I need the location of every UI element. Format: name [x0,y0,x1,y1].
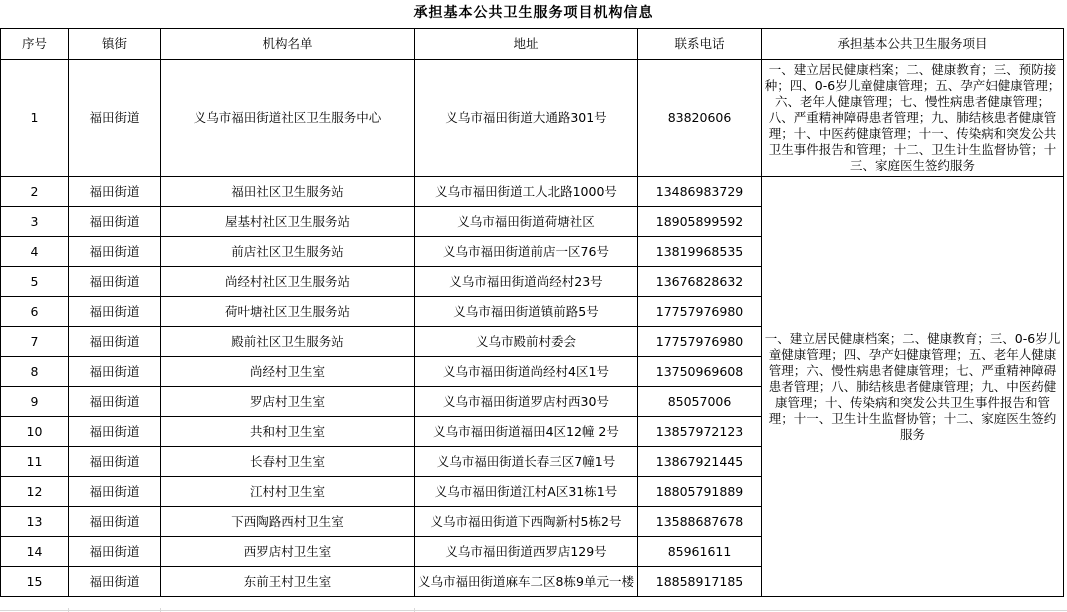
spreadsheet-gridline-stub [68,608,69,612]
cell-no: 7 [1,327,69,357]
cell-address: 义乌市福田街道下西陶新村5栋2号 [415,507,638,537]
cell-no: 12 [1,477,69,507]
cell-phone: 13857972123 [638,417,762,447]
cell-phone: 13588687678 [638,507,762,537]
cell-address: 义乌市福田街道镇前路5号 [415,297,638,327]
cell-institution: 罗店村卫生室 [161,387,415,417]
cell-town: 福田街道 [69,207,161,237]
table-header-row: 序号镇街机构名单地址联系电话承担基本公共卫生服务项目 [1,29,1064,60]
cell-address: 义乌市福田街道麻车二区8栋9单元一楼 [415,567,638,597]
cell-address: 义乌市福田街道江村A区31栋1号 [415,477,638,507]
cell-phone: 13867921445 [638,447,762,477]
cell-town: 福田街道 [69,267,161,297]
cell-no: 4 [1,237,69,267]
cell-no: 15 [1,567,69,597]
table-row: 1福田街道义乌市福田街道社区卫生服务中心义乌市福田街道大通路301号838206… [1,60,1064,177]
cell-address: 义乌市福田街道西罗店129号 [415,537,638,567]
cell-town: 福田街道 [69,297,161,327]
cell-town: 福田街道 [69,537,161,567]
cell-institution: 福田社区卫生服务站 [161,177,415,207]
cell-no: 9 [1,387,69,417]
cell-no: 5 [1,267,69,297]
cell-address: 义乌市福田街道大通路301号 [415,60,638,177]
cell-institution: 屋基村社区卫生服务站 [161,207,415,237]
cell-phone: 83820606 [638,60,762,177]
cell-no: 10 [1,417,69,447]
cell-phone: 13750969608 [638,357,762,387]
cell-no: 11 [1,447,69,477]
cell-address: 义乌市殿前村委会 [415,327,638,357]
header-col-phone: 联系电话 [638,29,762,60]
table-row: 2福田街道福田社区卫生服务站义乌市福田街道工人北路1000号1348698372… [1,177,1064,207]
cell-town: 福田街道 [69,327,161,357]
cell-address: 义乌市福田街道福田4区12幢 2号 [415,417,638,447]
cell-phone: 85961611 [638,537,762,567]
spreadsheet-gridline-stub [160,608,161,612]
cell-institution: 前店社区卫生服务站 [161,237,415,267]
cell-address: 义乌市福田街道工人北路1000号 [415,177,638,207]
cell-institution: 殿前社区卫生服务站 [161,327,415,357]
institutions-table: 序号镇街机构名单地址联系电话承担基本公共卫生服务项目 1福田街道义乌市福田街道社… [0,28,1064,597]
header-col-no: 序号 [1,29,69,60]
header-col-address: 地址 [415,29,638,60]
cell-address: 义乌市福田街道荷塘社区 [415,207,638,237]
cell-town: 福田街道 [69,177,161,207]
cell-institution: 西罗店村卫生室 [161,537,415,567]
cell-no: 2 [1,177,69,207]
spreadsheet-gridline-stub [414,608,415,612]
cell-institution: 共和村卫生室 [161,417,415,447]
header-col-institution: 机构名单 [161,29,415,60]
cell-phone: 18905899592 [638,207,762,237]
cell-services-center: 一、建立居民健康档案；二、健康教育；三、预防接种；四、0-6岁儿童健康管理；五、… [762,60,1064,177]
cell-town: 福田街道 [69,477,161,507]
cell-institution: 江村村卫生室 [161,477,415,507]
cell-address: 义乌市福田街道罗店村西30号 [415,387,638,417]
cell-town: 福田街道 [69,357,161,387]
cell-institution: 荷叶塘社区卫生服务站 [161,297,415,327]
cell-no: 8 [1,357,69,387]
cell-institution: 义乌市福田街道社区卫生服务中心 [161,60,415,177]
cell-no: 6 [1,297,69,327]
cell-no: 13 [1,507,69,537]
cell-address: 义乌市福田街道长春三区7幢1号 [415,447,638,477]
cell-town: 福田街道 [69,567,161,597]
cell-no: 3 [1,207,69,237]
cell-institution: 尚经村卫生室 [161,357,415,387]
cell-phone: 17757976980 [638,327,762,357]
cell-phone: 13676828632 [638,267,762,297]
header-col-services: 承担基本公共卫生服务项目 [762,29,1064,60]
cell-town: 福田街道 [69,507,161,537]
page-title: 承担基本公共卫生服务项目机构信息 [0,0,1067,28]
cell-phone: 18805791889 [638,477,762,507]
cell-town: 福田街道 [69,60,161,177]
cell-institution: 尚经村社区卫生服务站 [161,267,415,297]
cell-address: 义乌市福田街道尚经村23号 [415,267,638,297]
cell-town: 福田街道 [69,447,161,477]
cell-phone: 18858917185 [638,567,762,597]
cell-town: 福田街道 [69,387,161,417]
cell-phone: 13486983729 [638,177,762,207]
cell-phone: 13819968535 [638,237,762,267]
cell-town: 福田街道 [69,237,161,267]
cell-institution: 长春村卫生室 [161,447,415,477]
cell-town: 福田街道 [69,417,161,447]
cell-institution: 下西陶路西村卫生室 [161,507,415,537]
cell-phone: 85057006 [638,387,762,417]
cell-address: 义乌市福田街道前店一区76号 [415,237,638,267]
cell-phone: 17757976980 [638,297,762,327]
cell-institution: 东前王村卫生室 [161,567,415,597]
cell-no: 1 [1,60,69,177]
cell-services-stations: 一、建立居民健康档案；二、健康教育；三、0-6岁儿童健康管理；四、孕产妇健康管理… [762,177,1064,597]
cell-no: 14 [1,537,69,567]
header-col-town: 镇街 [69,29,161,60]
cell-address: 义乌市福田街道尚经村4区1号 [415,357,638,387]
document-page: 承担基本公共卫生服务项目机构信息 序号镇街机构名单地址联系电话承担基本公共卫生服… [0,0,1067,612]
